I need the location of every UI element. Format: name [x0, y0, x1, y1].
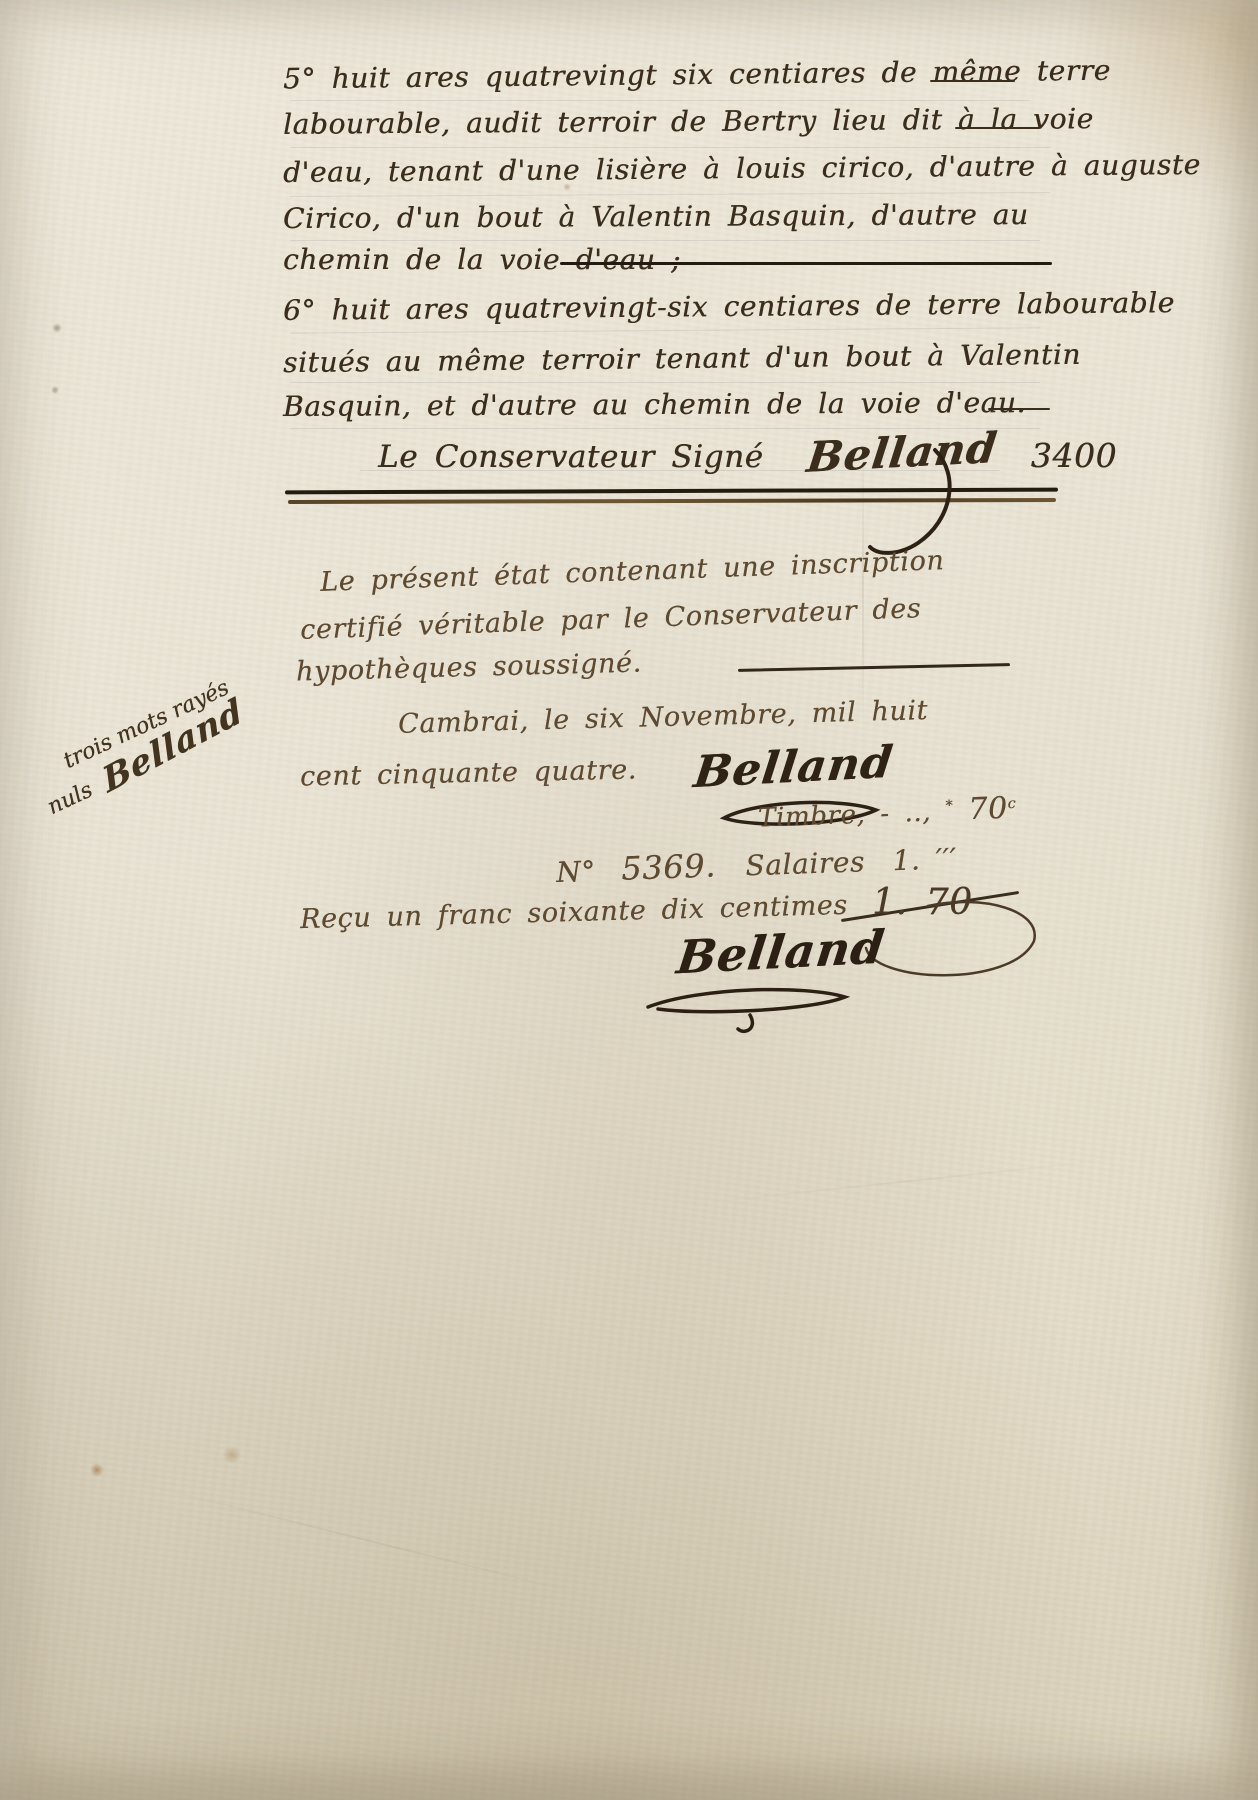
- timbre-label: Timbre: [758, 800, 857, 833]
- trailing-rule: [560, 262, 1052, 265]
- certification-line: hypothèques soussigné.: [296, 647, 642, 687]
- salaires-label: Salaires: [745, 845, 866, 882]
- final-signature: Belland: [678, 925, 884, 979]
- salaires-amount: 1. ′′′: [892, 842, 957, 877]
- conservator-prefix: Le Conservateur Signé: [378, 439, 764, 475]
- margin-note-word: nuls: [44, 778, 97, 820]
- parcel-line: 6° huit ares quatrevingt-six centiares d…: [283, 286, 1175, 327]
- ruling-line: [290, 382, 1040, 383]
- conservator-line: Le Conservateur Signé Belland 3400: [378, 428, 1117, 477]
- parcel-line: Cirico, d'un bout à Valentin Basquin, d'…: [283, 198, 1029, 235]
- manuscript-page: 5° huit ares quatrevingt six centiares d…: [0, 0, 1258, 1800]
- ruling-line: [290, 240, 1040, 241]
- trailing-dash: [955, 127, 1040, 129]
- paper-crease: [701, 1158, 1119, 1204]
- parcel-line: situés au même terroir tenant d'un bout …: [283, 338, 1081, 379]
- number-value: 5369.: [621, 846, 717, 887]
- certification-line: Le présent état contenant une inscriptio…: [320, 545, 945, 598]
- parcel-line: labourable, audit terroir de Bertry lieu…: [283, 102, 1094, 141]
- belland-signature: Belland: [674, 920, 888, 985]
- date-line: Cambrai, le six Novembre, mil huit: [398, 695, 929, 740]
- ruling-line: [290, 100, 1030, 101]
- parcel-line: Basquin, et d'autre au chemin de la voie…: [283, 386, 1026, 423]
- signature-flourish: [640, 985, 860, 1035]
- trailing-dash: [930, 80, 1015, 82]
- ruling-line: [290, 192, 1050, 197]
- belland-signature: Belland: [691, 737, 896, 798]
- timbre-dots: , - ..,: [856, 797, 946, 830]
- number-label: N°: [556, 855, 597, 889]
- paper-crease: [127, 1480, 613, 1603]
- timbre-star: *: [945, 798, 953, 814]
- trailing-dash: [988, 408, 1050, 410]
- margin-note: trois mots rayés nuls Belland: [28, 658, 282, 823]
- registry-number: 3400: [1031, 436, 1117, 475]
- timbre-amount: 70: [968, 791, 1009, 827]
- date-line: cent cinquante quatre.: [300, 754, 638, 792]
- parcel-line: d'eau, tenant d'une lisière à louis ciri…: [283, 148, 1201, 189]
- ruling-line: [290, 147, 1050, 148]
- parcel-line: 5° huit ares quatrevingt six centiares d…: [283, 54, 1111, 96]
- certification-line: certifié véritable par le Conservateur d…: [300, 593, 922, 646]
- date-signature: Belland: [695, 742, 892, 793]
- ruling-line: [290, 327, 1040, 333]
- parcel-line: chemin de la voie d'eau ;: [283, 243, 681, 276]
- timbre-unit: c: [1007, 796, 1016, 812]
- trailing-rule: [738, 663, 1010, 672]
